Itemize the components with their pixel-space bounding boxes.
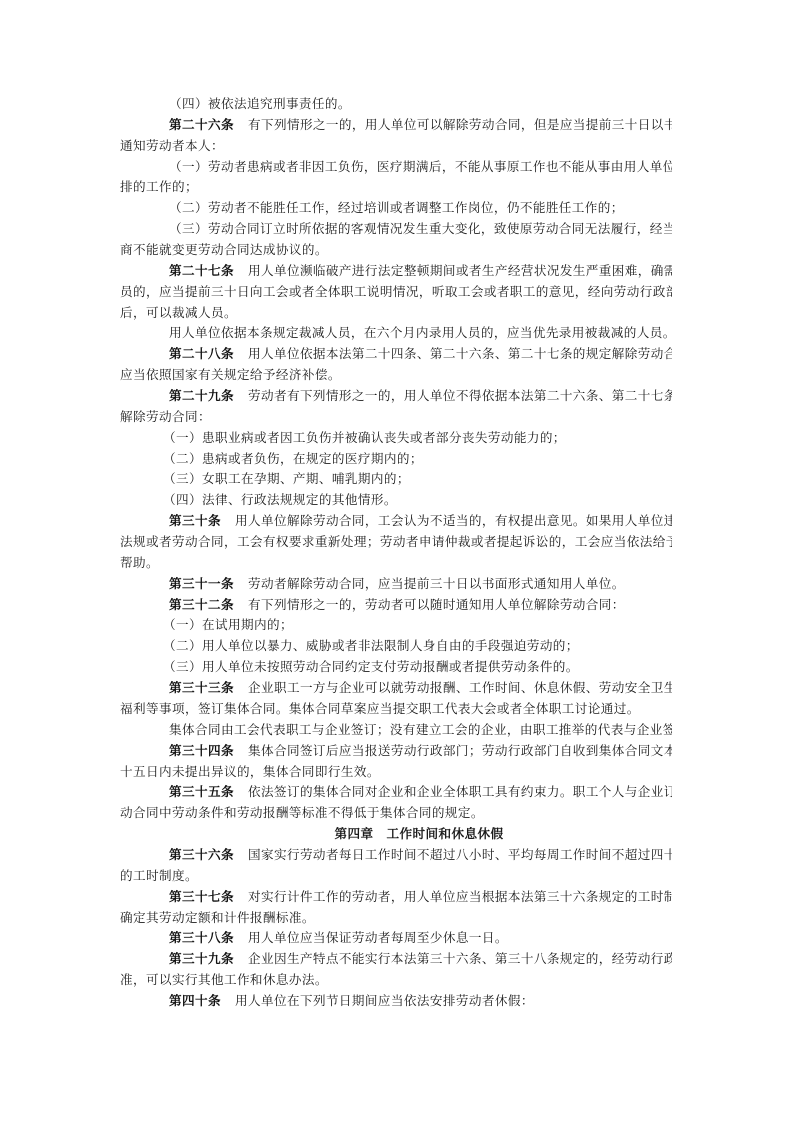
article-paragraph: 第四十条用人单位在下列节日期间应当依法安排劳动者休假：	[120, 991, 672, 1012]
article-paragraph: 第三十八条用人单位应当保证劳动者每周至少休息一日。	[120, 928, 672, 949]
article-number: 第三十六条	[169, 847, 234, 862]
continuation-line: 十五日内未提出异议的，集体合同即行生效。	[120, 762, 672, 783]
continuation-line: 后，可以裁减人员。	[120, 303, 672, 324]
paragraph-line: （一）在试用期内的；	[120, 615, 672, 636]
paragraph-line: （三）劳动合同订立时所依据的客观情况发生重大变化，致使原劳动合同无法履行，经当事…	[120, 219, 672, 240]
paragraph-line: 用人单位依据本条规定裁减人员，在六个月内录用人员的，应当优先录用被裁减的人员。	[120, 323, 672, 344]
article-paragraph: 第三十六条国家实行劳动者每日工作时间不超过八小时、平均每周工作时间不超过四十四小…	[120, 845, 672, 866]
article-text: 劳动者解除劳动合同，应当提前三十日以书面形式通知用人单位。	[248, 576, 625, 591]
paragraph-line: （二）用人单位以暴力、威胁或者非法限制人身自由的手段强迫劳动的；	[120, 636, 672, 657]
article-text: 劳动者有下列情形之一的，用人单位不得依据本法第二十六条、第二十七条的规定	[248, 388, 672, 403]
article-paragraph: 第三十九条企业因生产特点不能实行本法第三十六条、第三十八条规定的，经劳动行政部门…	[120, 949, 672, 970]
continuation-line: 员的，应当提前三十日向工会或者全体职工说明情况，听取工会或者职工的意见，经向劳动…	[120, 282, 672, 303]
continuation-line: 确定其劳动定额和计件报酬标准。	[120, 908, 672, 929]
article-paragraph: 第三十条用人单位解除劳动合同，工会认为不适当的，有权提出意见。如果用人单位违反法…	[120, 511, 672, 532]
article-paragraph: 第二十九条劳动者有下列情形之一的，用人单位不得依据本法第二十六条、第二十七条的规…	[120, 386, 672, 407]
paragraph-line: （四）法律、行政法规规定的其他情形。	[120, 490, 672, 511]
paragraph-line: （三）女职工在孕期、产期、哺乳期内的；	[120, 469, 672, 490]
article-text: 用人单位濒临破产进行法定整顿期间或者生产经营状况发生严重困难，确需裁减人	[248, 263, 672, 278]
article-text: 有下列情形之一的，劳动者可以随时通知用人单位解除劳动合同：	[248, 597, 625, 612]
article-paragraph: 第二十八条用人单位依据本法第二十四条、第二十六条、第二十七条的规定解除劳动合同的…	[120, 344, 672, 365]
article-text: 依法签订的集体合同对企业和企业全体职工具有约束力。职工个人与企业订立的劳	[248, 784, 672, 799]
article-paragraph: 第三十三条企业职工一方与企业可以就劳动报酬、工作时间、休息休假、劳动安全卫生、保…	[120, 678, 672, 699]
paragraph-line: （一）劳动者患病或者非因工负伤，医疗期满后，不能从事原工作也不能从事由用人单位另…	[120, 157, 672, 178]
paragraph-line: （四）被依法追究刑事责任的。	[120, 94, 672, 115]
continuation-line: 排的工作的；	[120, 177, 672, 198]
article-number: 第三十条	[169, 513, 221, 528]
chapter-heading: 第四章 工作时间和休息休假	[120, 824, 672, 845]
document-page: （四）被依法追究刑事责任的。第二十六条有下列情形之一的，用人单位可以解除劳动合同…	[120, 94, 672, 1012]
article-paragraph: 第三十五条依法签订的集体合同对企业和企业全体职工具有约束力。职工个人与企业订立的…	[120, 782, 672, 803]
article-number: 第三十一条	[169, 576, 234, 591]
article-text: 用人单位依据本法第二十四条、第二十六条、第二十七条的规定解除劳动合同的，	[248, 346, 672, 361]
article-paragraph: 第三十一条劳动者解除劳动合同，应当提前三十日以书面形式通知用人单位。	[120, 574, 672, 595]
continuation-line: 福利等事项，签订集体合同。集体合同草案应当提交职工代表大会或者全体职工讨论通过。	[120, 699, 672, 720]
article-paragraph: 第二十六条有下列情形之一的，用人单位可以解除劳动合同，但是应当提前三十日以书面形…	[120, 115, 672, 136]
continuation-line: 动合同中劳动条件和劳动报酬等标准不得低于集体合同的规定。	[120, 803, 672, 824]
paragraph-line: （二）劳动者不能胜任工作，经过培训或者调整工作岗位，仍不能胜任工作的；	[120, 198, 672, 219]
paragraph-line: 集体合同由工会代表职工与企业签订；没有建立工会的企业，由职工推举的代表与企业签订…	[120, 720, 672, 741]
continuation-line: 应当依照国家有关规定给予经济补偿。	[120, 365, 672, 386]
continuation-line: 帮助。	[120, 553, 672, 574]
continuation-line: 准，可以实行其他工作和休息办法。	[120, 970, 672, 991]
article-paragraph: 第三十四条集体合同签订后应当报送劳动行政部门；劳动行政部门自收到集体合同文本之日…	[120, 741, 672, 762]
article-text: 对实行计件工作的劳动者，用人单位应当根据本法第三十六条规定的工时制度合理	[248, 889, 672, 904]
article-number: 第二十六条	[169, 117, 234, 132]
article-text: 用人单位应当保证劳动者每周至少休息一日。	[248, 930, 508, 945]
article-number: 第三十四条	[169, 743, 234, 758]
article-text: 企业因生产特点不能实行本法第三十六条、第三十八条规定的，经劳动行政部门批	[248, 951, 672, 966]
continuation-line: 商不能就变更劳动合同达成协议的。	[120, 240, 672, 261]
paragraph-line: （一）患职业病或者因工负伤并被确认丧失或者部分丧失劳动能力的；	[120, 428, 672, 449]
article-number: 第三十五条	[169, 784, 234, 799]
article-text: 国家实行劳动者每日工作时间不超过八小时、平均每周工作时间不超过四十四小时	[248, 847, 672, 862]
continuation-line: 通知劳动者本人：	[120, 136, 672, 157]
continuation-line: 的工时制度。	[120, 866, 672, 887]
article-text: 企业职工一方与企业可以就劳动报酬、工作时间、休息休假、劳动安全卫生、保险	[248, 680, 672, 695]
paragraph-line: （三）用人单位未按照劳动合同约定支付劳动报酬或者提供劳动条件的。	[120, 657, 672, 678]
article-text: 有下列情形之一的，用人单位可以解除劳动合同，但是应当提前三十日以书面形式	[248, 117, 672, 132]
paragraph-line: （二）患病或者负伤，在规定的医疗期内的；	[120, 449, 672, 470]
article-number: 第三十七条	[169, 889, 234, 904]
article-number: 第四十条	[169, 993, 221, 1008]
article-paragraph: 第三十二条有下列情形之一的，劳动者可以随时通知用人单位解除劳动合同：	[120, 595, 672, 616]
article-number: 第二十八条	[169, 346, 234, 361]
article-number: 第三十三条	[169, 680, 234, 695]
article-paragraph: 第二十七条用人单位濒临破产进行法定整顿期间或者生产经营状况发生严重困难，确需裁减…	[120, 261, 672, 282]
article-paragraph: 第三十七条对实行计件工作的劳动者，用人单位应当根据本法第三十六条规定的工时制度合…	[120, 887, 672, 908]
article-number: 第三十二条	[169, 597, 234, 612]
continuation-line: 法规或者劳动合同，工会有权要求重新处理；劳动者申请仲裁或者提起诉讼的，工会应当依…	[120, 532, 672, 553]
article-text: 集体合同签订后应当报送劳动行政部门；劳动行政部门自收到集体合同文本之日起	[248, 743, 672, 758]
article-text: 用人单位解除劳动合同，工会认为不适当的，有权提出意见。如果用人单位违反法律、	[235, 513, 672, 528]
article-number: 第三十八条	[169, 930, 234, 945]
article-text: 用人单位在下列节日期间应当依法安排劳动者休假：	[235, 993, 534, 1008]
article-number: 第二十九条	[169, 388, 234, 403]
article-number: 第三十九条	[169, 951, 234, 966]
article-number: 第二十七条	[169, 263, 234, 278]
continuation-line: 解除劳动合同：	[120, 407, 672, 428]
